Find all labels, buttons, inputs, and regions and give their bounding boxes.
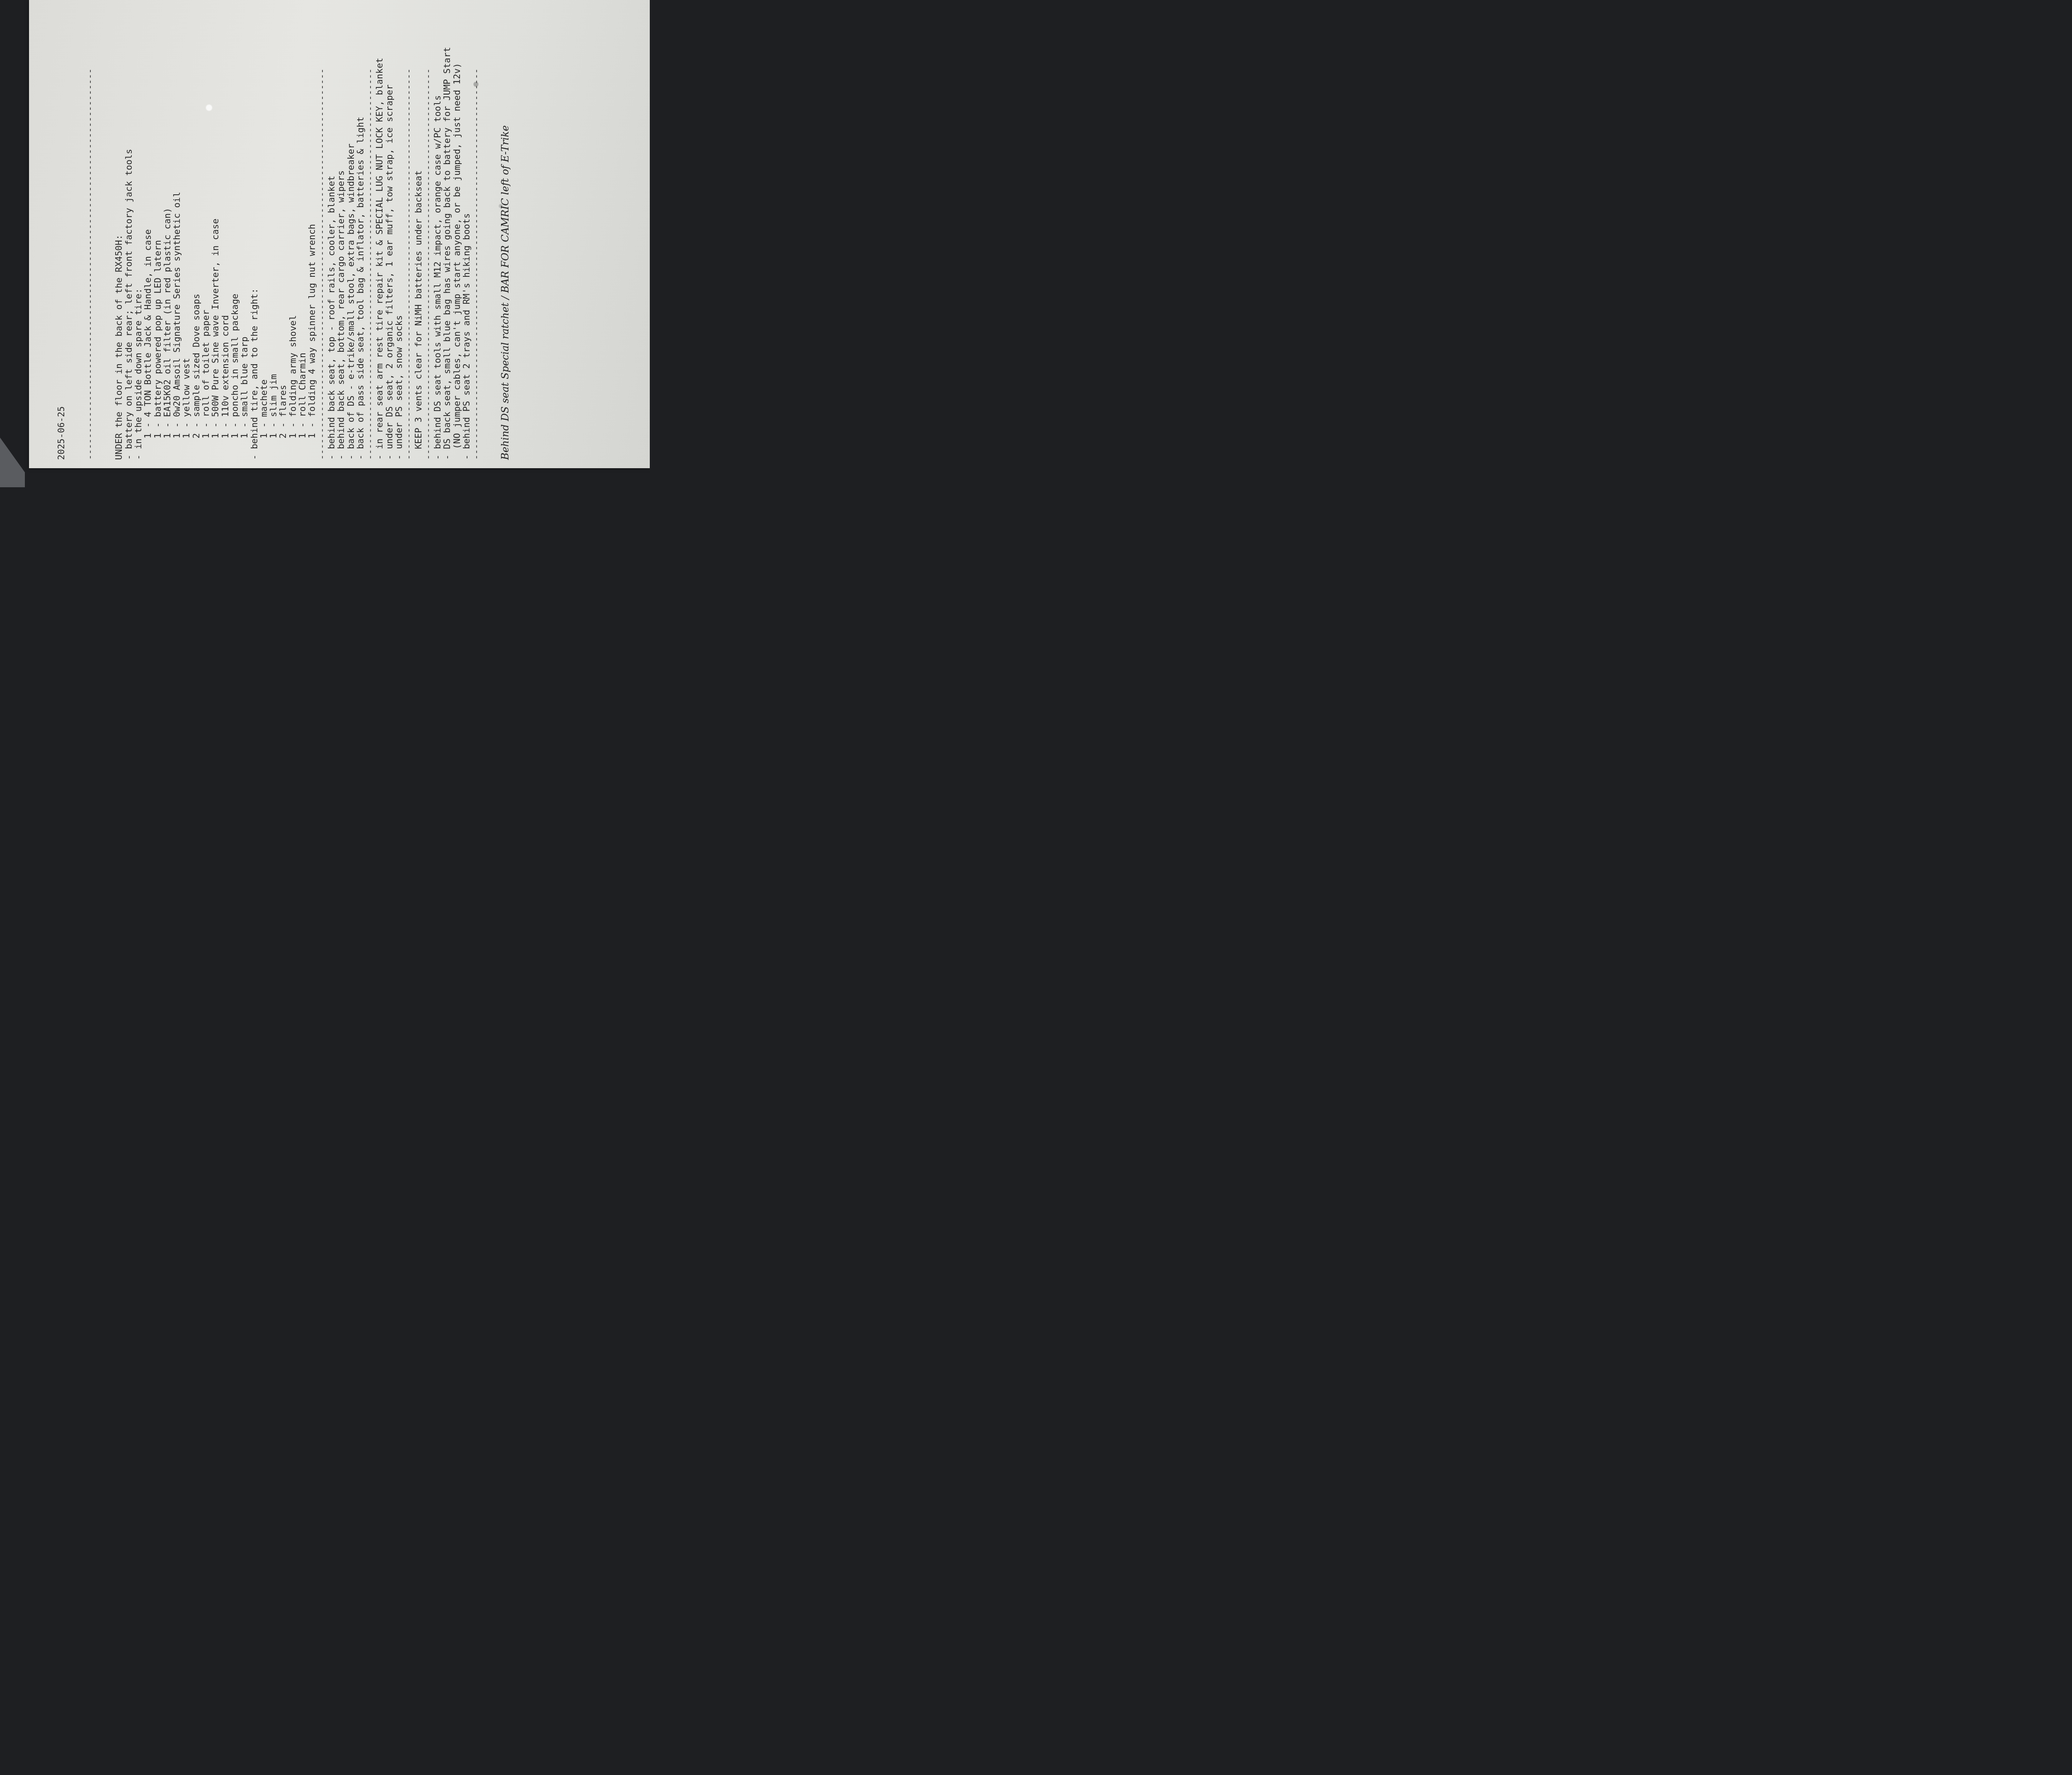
background-object <box>0 438 25 487</box>
document-line: 1 - 0w20 Amsoil Signature Series synthet… <box>172 12 182 460</box>
document-line: - battery on left side rear; left front … <box>124 12 134 460</box>
divider: ----------------------------------------… <box>404 12 414 460</box>
document-line: 1 - machete <box>259 12 269 460</box>
document-line: 2 - sample sized Dove soaps <box>192 12 201 460</box>
document-line: - in rear seat arm rest tire repair kit … <box>375 12 385 460</box>
divider: ----------------------------------------… <box>317 12 327 460</box>
document-line: (NO jumper cables, can't jump start anyo… <box>453 12 462 460</box>
document-line: 1 - roll of toilet paper <box>201 12 211 460</box>
document-line: - in the upside down spare tire: <box>134 12 143 460</box>
document-line: - under PS seat, snow socks <box>395 12 404 460</box>
document-line: - under DS seat, 2 organic filters, 1 ea… <box>385 12 395 460</box>
document-line: 1 - battery powered pop up LED latern <box>153 12 163 460</box>
document-line: - behind DS seat tools with small M12 im… <box>433 12 443 460</box>
document-line: - back of DS - e-trike/small stool, extr… <box>346 12 356 460</box>
divider: ----------------------------------------… <box>85 12 95 460</box>
inventory-document: 2025-06-25 -----------------------------… <box>37 12 520 460</box>
document-line: 1 - 110v extension cord <box>221 12 230 460</box>
document-line: - behind PS seat 2 trays and RM's hiking… <box>462 12 472 460</box>
document-line: 1 - roll Charmin <box>298 12 307 460</box>
document-line: 1 - poncho in small package <box>230 12 240 460</box>
document-line: 1 - 500W Pure Sine wave Inverter, in cas… <box>211 12 220 460</box>
document-line: 2 - flares <box>278 12 288 460</box>
document-line: UNDER the floor in the back of the RX450… <box>114 12 124 460</box>
document-line: 1 - EA15K02 oil filter (in red plastic c… <box>163 12 172 460</box>
document-line: 1 - folding army shovel <box>288 12 298 460</box>
sections: UNDER the floor in the back of the RX450… <box>114 12 481 460</box>
document-line: 1 - yellow vest <box>182 12 191 460</box>
document-line: - back of pass side seat, tool bag & inf… <box>356 12 366 460</box>
document-line: KEEP 3 vents clear for NiMH batteries un… <box>414 12 424 460</box>
document-line: - behind back seat, top - roof rails, co… <box>327 12 336 460</box>
divider: ----------------------------------------… <box>366 12 375 460</box>
document-line: 1 - folding 4 way spinner lug nut wrench <box>307 12 317 460</box>
handwritten-note: Behind DS seat Special ratchet / BAR FOR… <box>501 12 510 460</box>
document-line: 1 - slim jim <box>269 12 278 460</box>
divider: ----------------------------------------… <box>424 12 433 460</box>
document-date: 2025-06-25 <box>57 12 66 460</box>
document-line: - DS back seat, small blue bag has wires… <box>443 12 452 460</box>
document-line: 1 - 4 TON Bottle Jack & Handle, in case <box>143 12 153 460</box>
document-line: 1 - small blue tarp <box>240 12 249 460</box>
document-line: - behind back seat, bottom, rear cargo c… <box>336 12 346 460</box>
document-line: - behind tire, and to the right: <box>250 12 259 460</box>
divider: ----------------------------------------… <box>472 12 481 460</box>
